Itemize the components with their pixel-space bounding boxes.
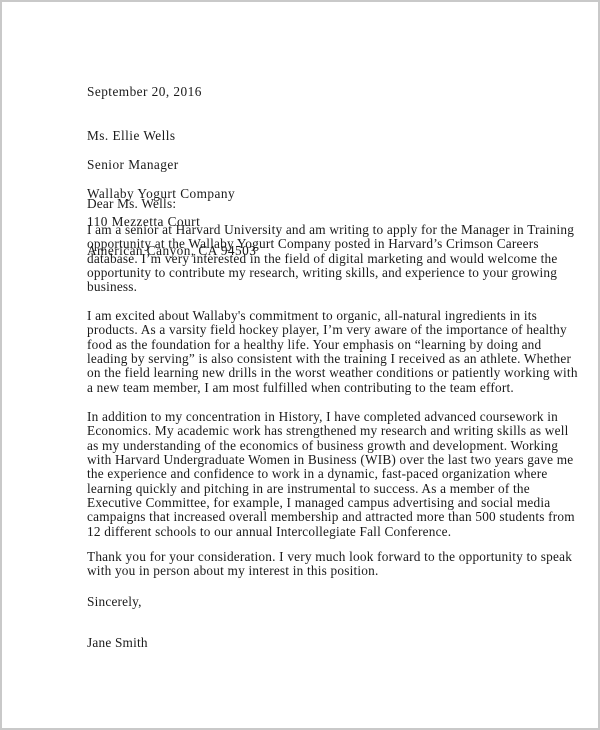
salutation-line: Dear Ms. Wells:: [87, 197, 600, 211]
date-line: September 20, 2016: [87, 85, 600, 99]
body-paragraph-intro: I am a senior at Harvard University and …: [87, 223, 600, 295]
signature-name: Jane Smith: [87, 636, 600, 650]
body-paragraph-qualifications: In addition to my concentration in Histo…: [87, 410, 600, 539]
body-paragraph-company-fit: I am excited about Wallaby's commitment …: [87, 309, 600, 395]
body-paragraph-thanks: Thank you for your consideration. I very…: [87, 550, 600, 579]
letter-page: September 20, 2016 Ms. Ellie Wells Senio…: [0, 0, 600, 730]
closing-line: Sincerely,: [87, 595, 600, 609]
recipient-title: Senior Manager: [87, 158, 600, 172]
recipient-name: Ms. Ellie Wells: [87, 129, 600, 143]
